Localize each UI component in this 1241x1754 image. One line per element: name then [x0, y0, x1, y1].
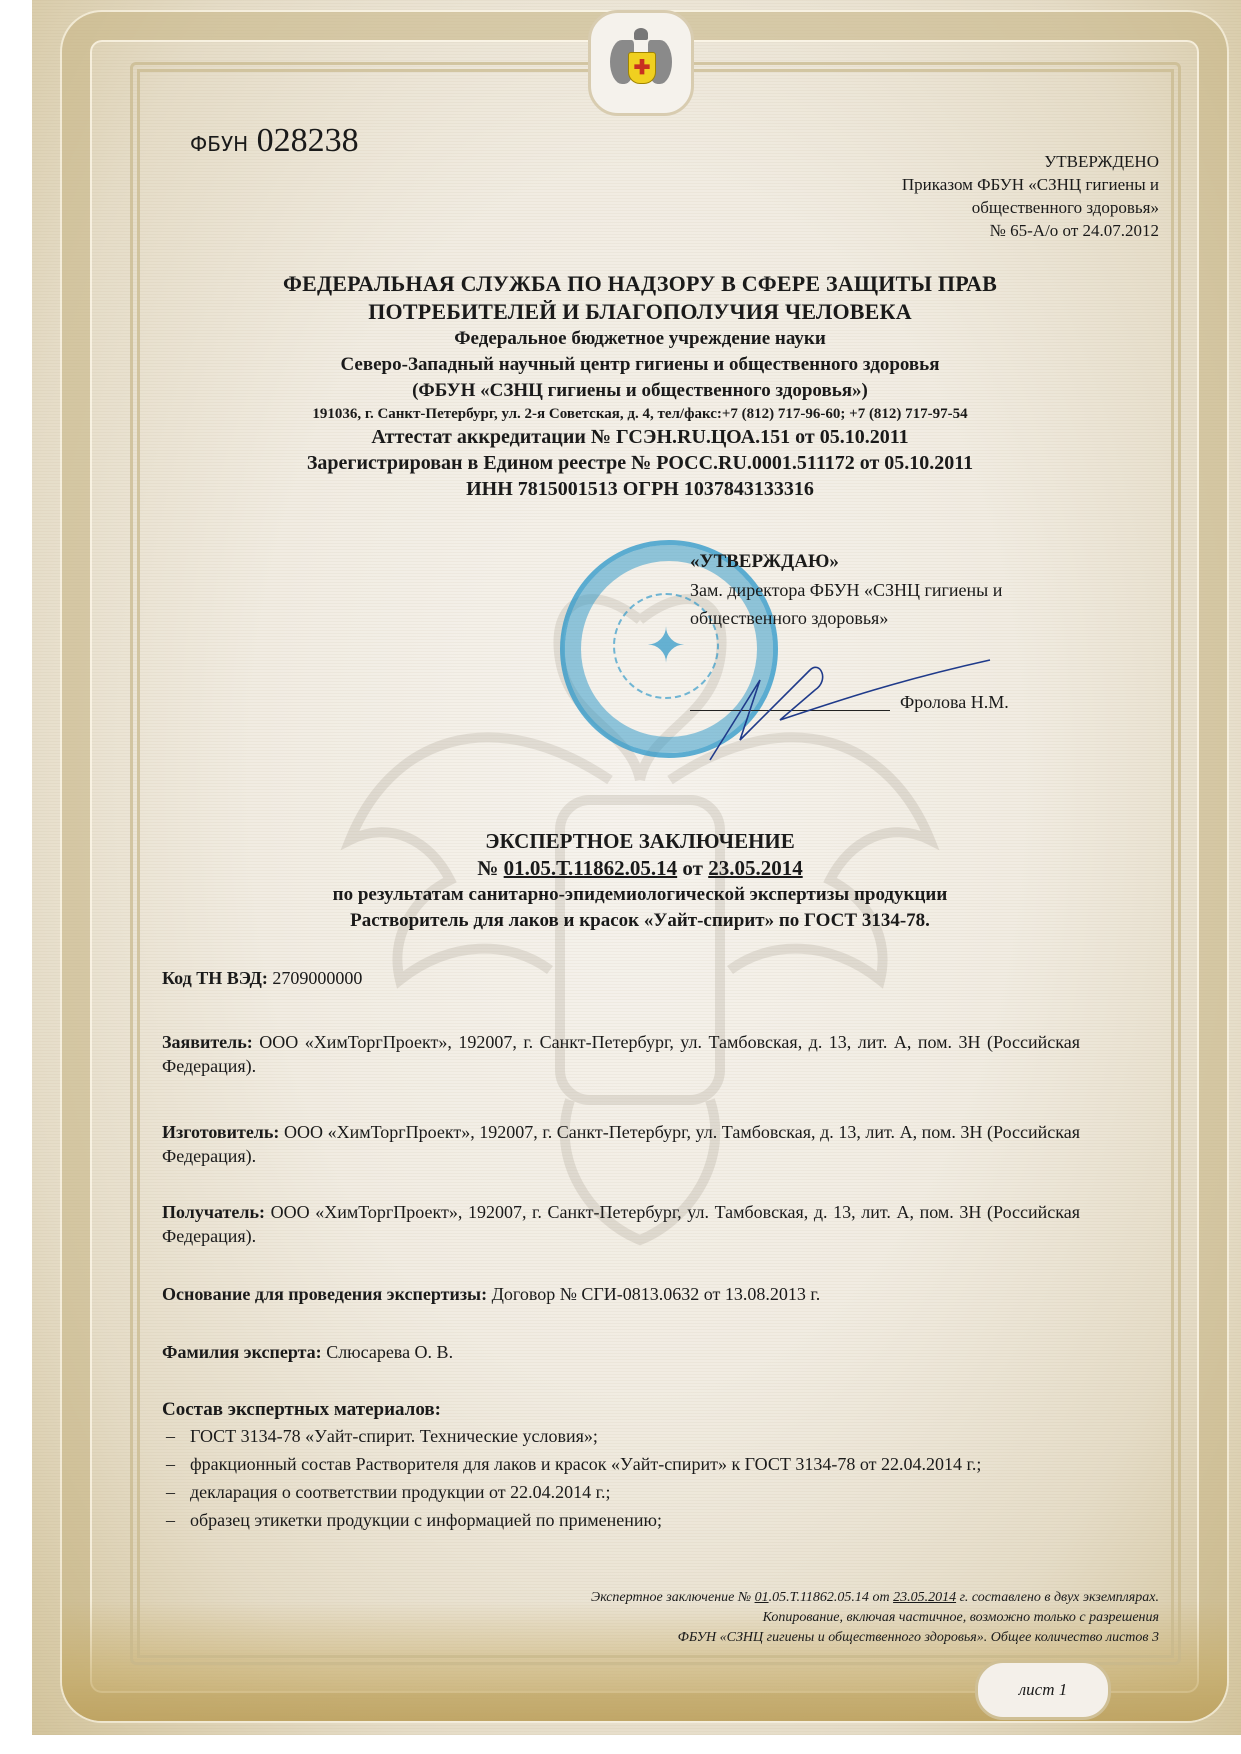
list-item: образец этикетки продукции с информацией… [162, 1508, 1080, 1532]
field-expert: Фамилия эксперта: Слюсарева О. В. [162, 1340, 1080, 1364]
serial-number: ФБУН 028238 [190, 122, 359, 160]
medical-cross-icon: ✚ [628, 52, 656, 84]
field-applicant: Заявитель: ООО «ХимТоргПроект», 192007, … [162, 1030, 1080, 1078]
list-item: фракционный состав Растворителя для лако… [162, 1452, 1080, 1476]
list-item: ГОСТ 3134-78 «Уайт-спирит. Технические у… [162, 1424, 1080, 1448]
field-basis: Основание для проведения экспертизы: Дог… [162, 1282, 1080, 1306]
document-title: ЭКСПЕРТНОЕ ЗАКЛЮЧЕНИЕ № 01.05.Т.11862.05… [160, 828, 1120, 934]
handwritten-signature-icon [700, 640, 1000, 770]
approved-note: УТВЕРЖДЕНО Приказом ФБУН «СЗНЦ гигиены и… [902, 150, 1159, 242]
materials-list: Состав экспертных материалов: ГОСТ 3134-… [162, 1398, 1080, 1536]
footer-note: Экспертное заключение № 01.05.Т.11862.05… [591, 1588, 1159, 1648]
conclusion-number: № 01.05.Т.11862.05.14 от 23.05.2014 [160, 855, 1120, 882]
field-manufacturer: Изготовитель: ООО «ХимТоргПроект», 19200… [162, 1120, 1080, 1168]
sheet-number-badge: лист 1 [975, 1660, 1111, 1720]
organization-header: ФЕДЕРАЛЬНАЯ СЛУЖБА ПО НАДЗОРУ В СФЕРЕ ЗА… [160, 270, 1120, 502]
field-recipient: Получатель: ООО «ХимТоргПроект», 192007,… [162, 1200, 1080, 1248]
rospotrebnadzor-emblem: ✚ [588, 10, 694, 116]
field-hs-code: Код ТН ВЭД: 2709000000 [162, 966, 1080, 990]
approval-block: «УТВЕРЖДАЮ» Зам. директора ФБУН «СЗНЦ ги… [690, 548, 1002, 632]
eagle-emblem-icon: ✚ [610, 28, 672, 98]
list-item: декларация о соответствии продукции от 2… [162, 1480, 1080, 1504]
